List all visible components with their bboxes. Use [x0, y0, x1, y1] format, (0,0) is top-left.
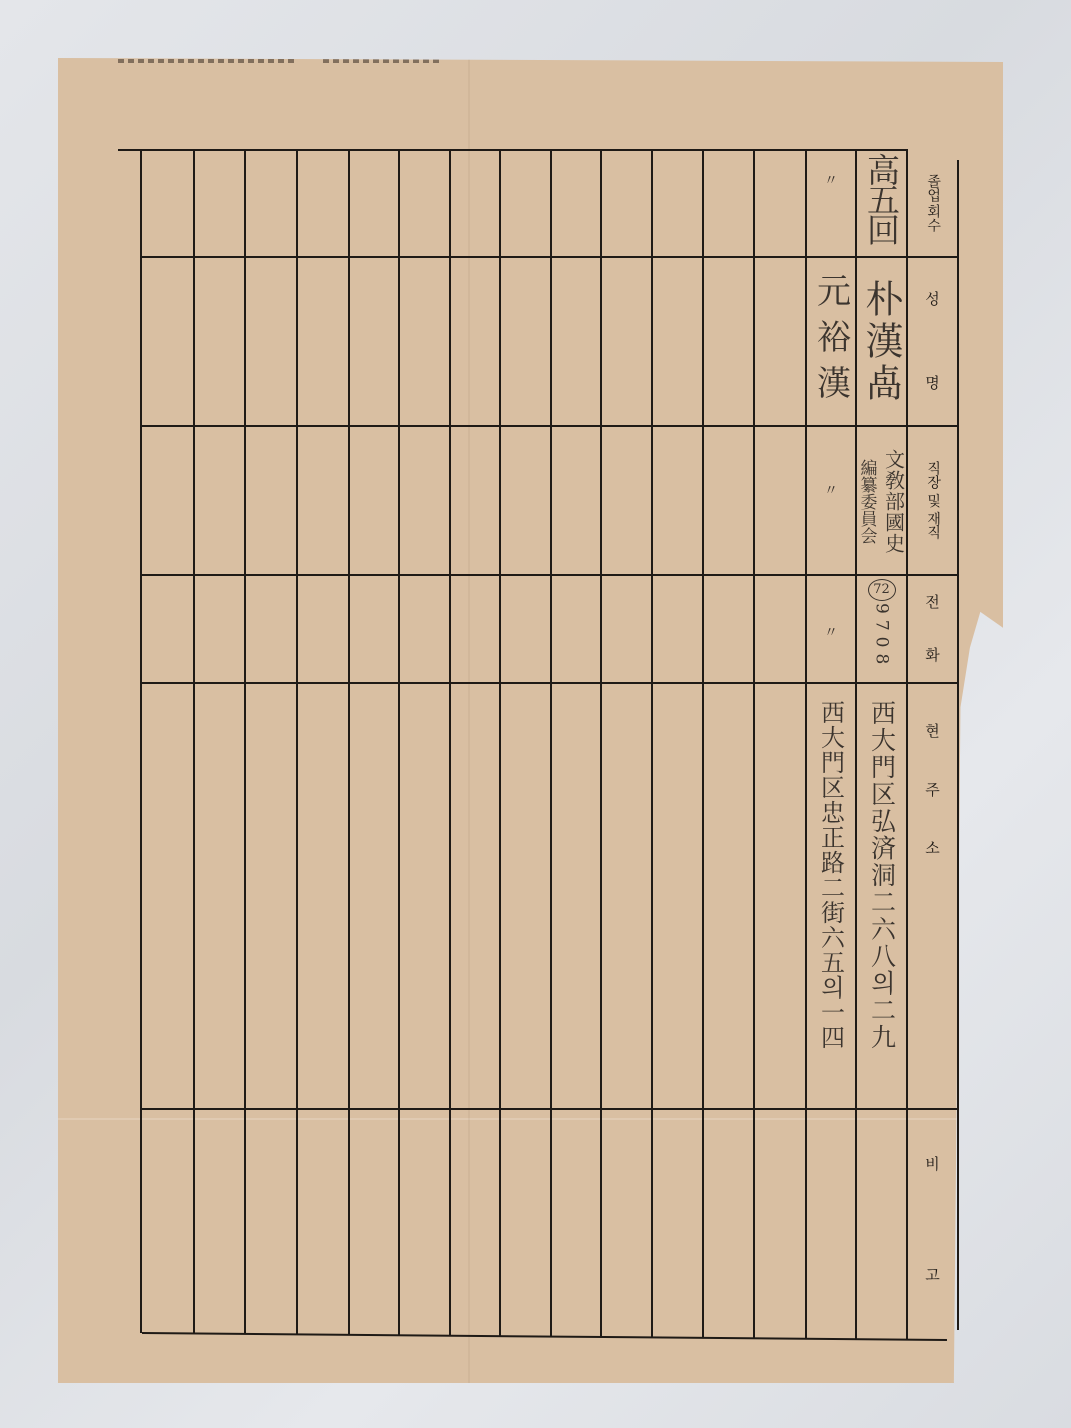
header-workplace-position: 직장 및 재 직 [908, 426, 957, 574]
row-line-3 [140, 574, 958, 576]
col-line [550, 149, 552, 1337]
col-line [600, 149, 602, 1337]
top-print-remnant [323, 59, 443, 63]
col-line [296, 149, 298, 1334]
col-line [702, 149, 704, 1338]
col-line [449, 149, 451, 1335]
entry-1-phone: 72 9708 [857, 575, 906, 685]
entry-2-graduation-round: 〃 [807, 170, 855, 250]
entry-1-workplace: 文敎部國史 編纂委員会 [857, 426, 906, 576]
row-line-5 [140, 1108, 958, 1110]
col-line [193, 149, 195, 1333]
header-graduation-round: 졸업 회수 [908, 150, 957, 256]
entry-2-name: 元裕漢 [807, 258, 855, 426]
col-line [348, 149, 350, 1334]
header-phone: 전 화 [908, 575, 957, 682]
phone-exchange-circle: 72 [868, 579, 896, 601]
entry-1-name: 朴漢卨 [857, 258, 906, 426]
entry-1-graduation-round: 高五回 [857, 138, 906, 258]
header-remarks: 비 고 [908, 1109, 957, 1331]
col-line [753, 149, 755, 1339]
col-line [499, 149, 501, 1336]
col-line [140, 149, 142, 1333]
col-line [244, 149, 246, 1333]
top-print-remnant [118, 59, 298, 63]
table-top-border [118, 149, 908, 151]
right-border [957, 160, 959, 1330]
entry-2-workplace: 〃 [807, 470, 855, 510]
header-name: 성 명 [908, 257, 957, 425]
col-line [398, 149, 400, 1335]
header-address: 현 주 소 [908, 683, 957, 1108]
entry-1-address: 西大門区弘済洞二六八의二九 [857, 700, 906, 1100]
entry-2-address: 西大門区忠正路二街六五의一四 [807, 700, 855, 1105]
col-line [651, 149, 653, 1338]
fold-crease [58, 1118, 1003, 1120]
row-line-4 [140, 682, 958, 684]
entry-2-phone: 〃 [807, 612, 855, 652]
